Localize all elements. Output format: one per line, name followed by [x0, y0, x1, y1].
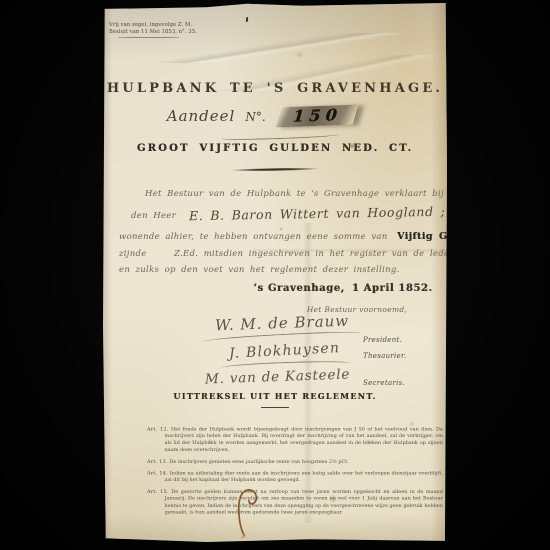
holder-name-handwritten: E. B. Baron Wittert van Hoogland ; [189, 204, 446, 223]
body-line-3: wonende alhier, te hebben ontvangen eene… [119, 231, 538, 242]
exemption-stamp-line2: Besluit van 11 Mei 1853, n°. 35. [109, 28, 211, 35]
reglement-rule [261, 407, 289, 408]
article-15-label: Art. 15. [147, 489, 169, 495]
role-president: President. [363, 336, 402, 344]
photo-background: Vrij van zegel, ingevolge Z. M. Besluit … [0, 0, 550, 550]
body-line-4-prefix: zijnde [119, 249, 147, 259]
document-paper: Vrij van zegel, ingevolge Z. M. Besluit … [103, 3, 447, 542]
signature-secretaris: M. van de Kasteele [205, 366, 351, 387]
article-14-text: Indien na uitbetaling dier rente aan de … [165, 471, 443, 483]
role-thesaurier: Thesaurier. [363, 352, 406, 360]
article-13-text: De inschrijvers genieten eene jaarlijksc… [169, 459, 349, 465]
body-line-4: zijnde Z.Ed. mitsdien ingeschreven in he… [119, 249, 529, 259]
ink-speck [246, 17, 249, 22]
article-12: Art. 12. Het fonds der Hulpbank wordt bi… [147, 426, 443, 453]
article-13: Art. 13. De inschrijvers genieten eene j… [147, 458, 443, 465]
dateline-place: ’s Gravenhage, [253, 283, 344, 294]
signature-thesaurier: J. Blokhuysen [229, 340, 341, 362]
body-line-3-prefix: wonende alhier, te hebben ontvangen eene… [119, 232, 388, 242]
share-number: 150 [292, 105, 342, 126]
article-12-label: Art. 12. [147, 427, 169, 433]
amount-blackletter: Vijftig Gulden Ned. Ct., [397, 231, 538, 242]
article-13-label: Art. 13. [147, 459, 168, 465]
share-number-line: Aandeel N°. 150 [89, 106, 433, 126]
amount-heading: GROOT VIJFTIG GULDEN NED. CT. [103, 143, 447, 154]
article-14-label: Art. 14. [147, 471, 168, 477]
body-line-5: en zulks op den voet van het reglement d… [119, 265, 400, 275]
dateline-date: 1 April 1852. [352, 283, 433, 294]
exemption-stamp-line1: Vrij van zegel, ingevolge Z. M. [109, 21, 211, 28]
share-no-label: N°. [245, 110, 265, 124]
dateline: ’s Gravenhage, 1 April 1852. [243, 283, 443, 294]
body-line-1: Het Bestuur van de Hulpbank te 's Graven… [145, 189, 495, 199]
share-number-smudge: 150 [276, 105, 359, 128]
rusty-pin-icon [231, 486, 265, 538]
article-15: Art. 15. De gestorte gelden kunnen eerst… [147, 489, 443, 516]
document-title: HULPBANK TE 'S GRAVENHAGE. [103, 81, 447, 96]
body-line-2: den Heer E. B. Baron Wittert van Hooglan… [131, 206, 446, 221]
article-14: Art. 14. Indien na uitbetaling dier rent… [147, 470, 443, 484]
exemption-stamp-rule [118, 37, 179, 38]
share-label: Aandeel [167, 107, 236, 125]
exemption-stamp: Vrij van zegel, ingevolge Z. M. Besluit … [109, 21, 211, 47]
signature-president: W. M. de Brauw [215, 312, 350, 335]
article-15-text: De gestorte gelden kunnen eerst na verlo… [165, 489, 443, 515]
body-line-2-prefix: den Heer [131, 211, 176, 221]
body-line-4-rest: Z.Ed. mitsdien ingeschreven in het regis… [174, 249, 529, 259]
share-underline-flourish [221, 132, 339, 141]
reglement-articles: Art. 12. Het fonds der Hulpbank wordt bi… [147, 417, 443, 517]
role-secretaris: Secretaris. [363, 379, 405, 387]
stain [295, 51, 304, 58]
reglement-heading: UITTREKSEL UIT HET REGLEMENT. [103, 391, 447, 401]
divider-flourish [230, 167, 320, 172]
article-12-text: Het fonds der Hulpbank wordt bijeengebra… [165, 427, 443, 453]
